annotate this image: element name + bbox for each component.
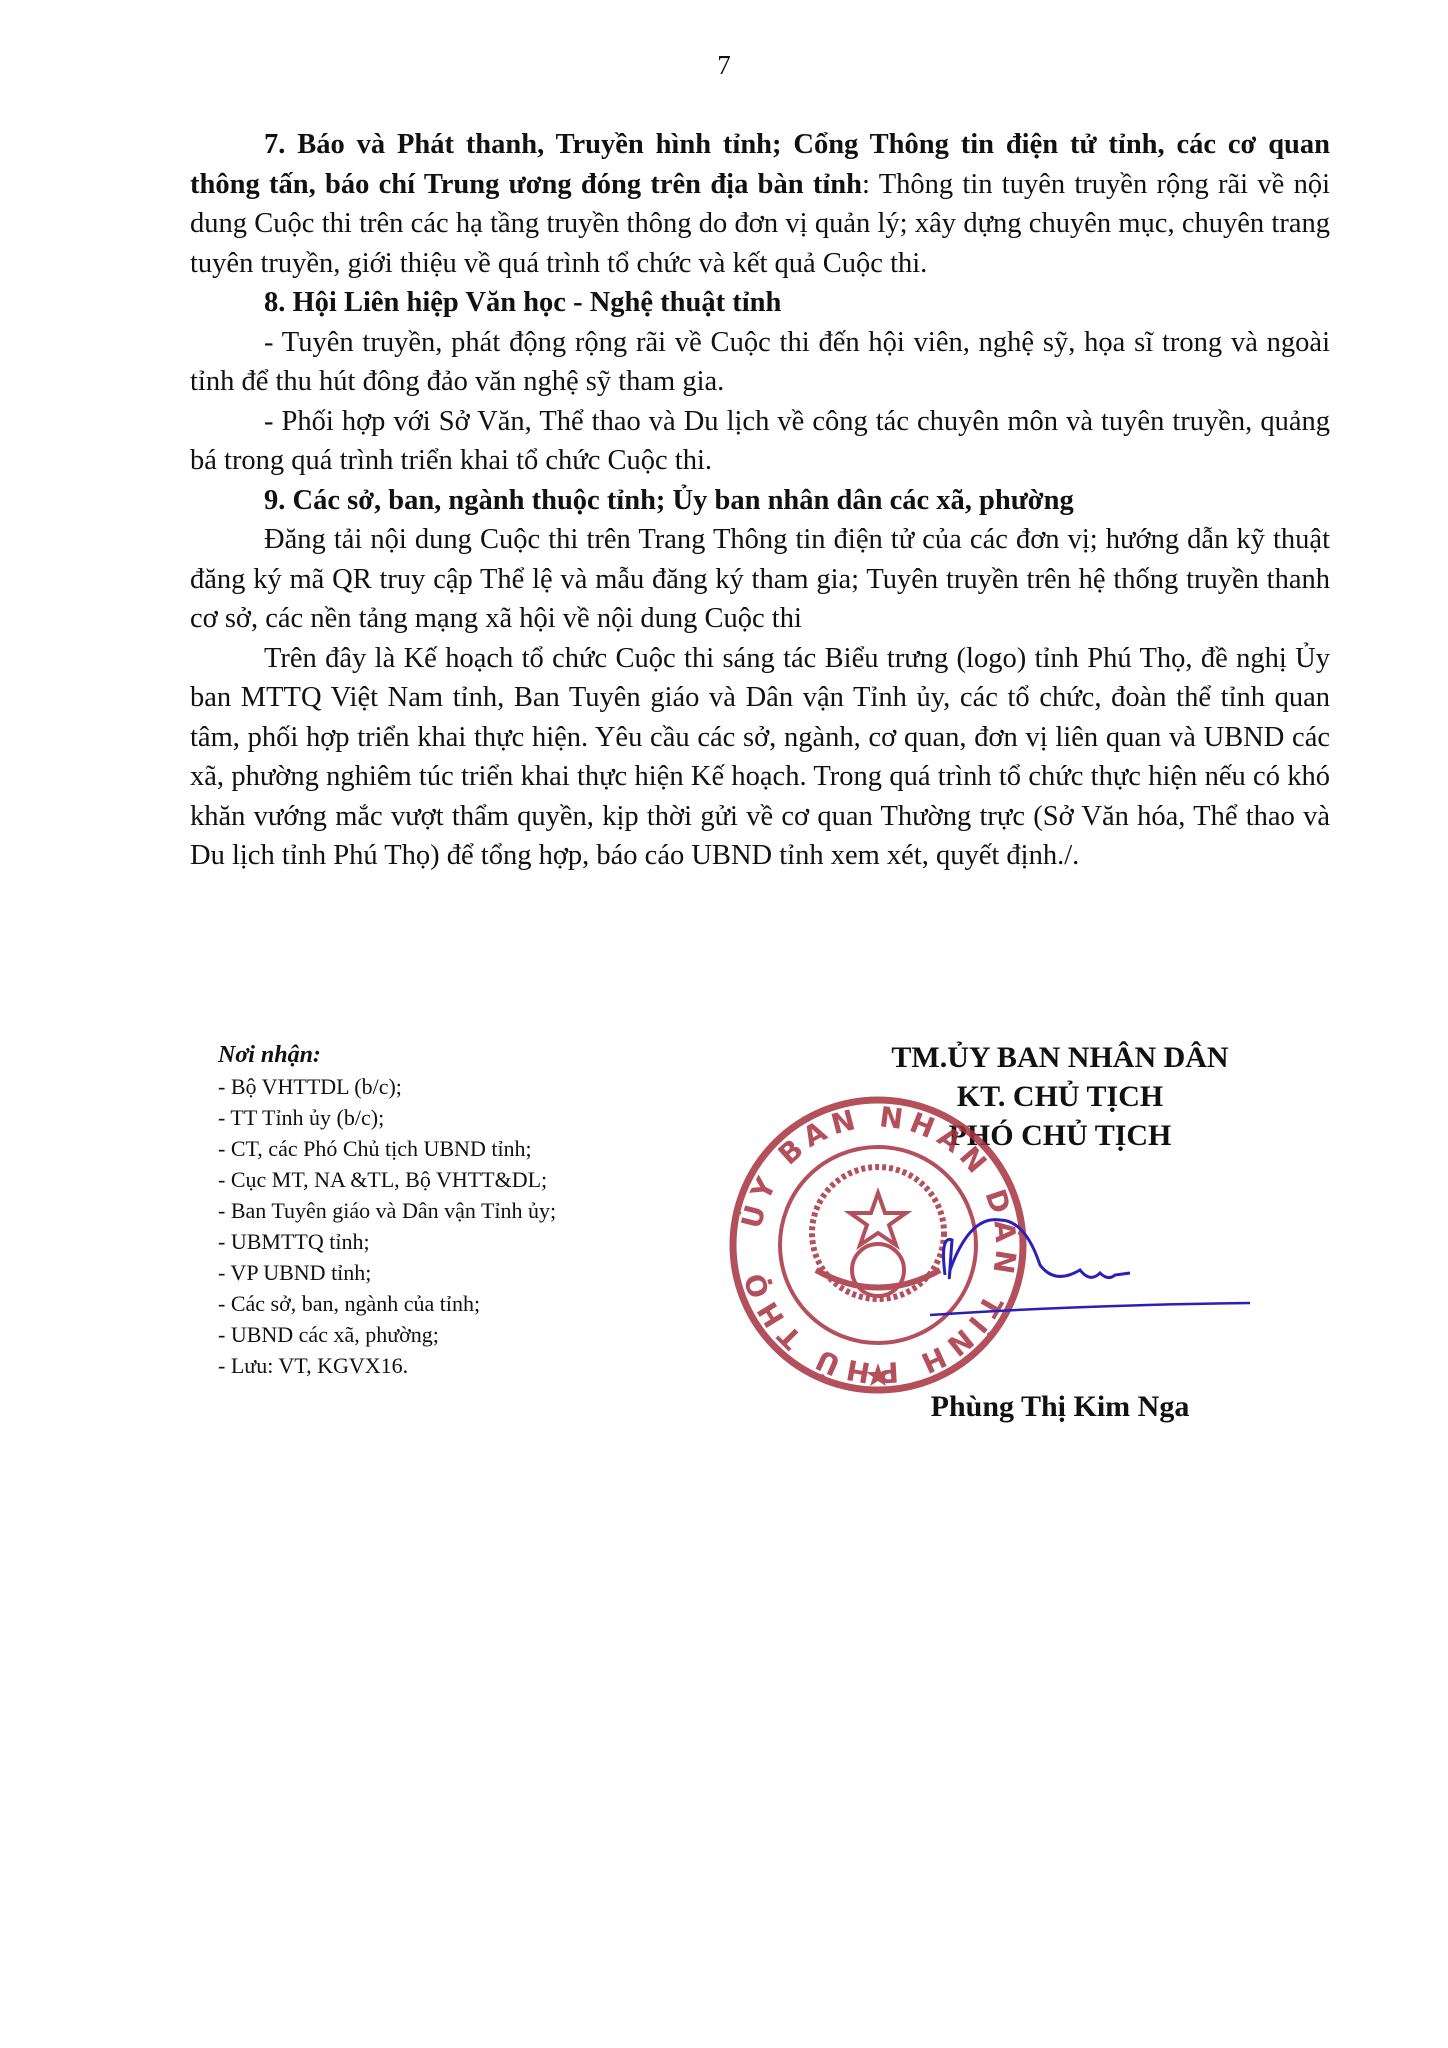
recipient-item: - Ban Tuyên giáo và Dân vận Tỉnh ủy; bbox=[218, 1195, 556, 1226]
paragraph-8a: - Tuyên truyền, phát động rộng rãi về Cu… bbox=[190, 323, 1330, 402]
signer-name: Phùng Thị Kim Nga bbox=[840, 1390, 1280, 1424]
recipient-item: - UBMTTQ tỉnh; bbox=[218, 1226, 556, 1257]
recipient-item: - Các sở, ban, ngành của tỉnh; bbox=[218, 1288, 556, 1319]
paragraph-7: 7. Báo và Phát thanh, Truyền hình tỉnh; … bbox=[190, 125, 1330, 283]
recipient-item: - Bộ VHTTDL (b/c); bbox=[218, 1071, 556, 1102]
heading-9: 9. Các sở, ban, ngành thuộc tỉnh; Ủy ban… bbox=[190, 481, 1330, 521]
recipient-item: - VP UBND tỉnh; bbox=[218, 1257, 556, 1288]
recipients-list: Nơi nhận: - Bộ VHTTDL (b/c); - TT Tỉnh ủ… bbox=[218, 1040, 556, 1381]
paragraph-8b: - Phối hợp với Sở Văn, Thể thao và Du lị… bbox=[190, 402, 1330, 481]
document-body: 7. Báo và Phát thanh, Truyền hình tỉnh; … bbox=[190, 125, 1330, 876]
recipient-item: - Cục MT, NA &TL, Bộ VHTT&DL; bbox=[218, 1164, 556, 1195]
recipient-item: - CT, các Phó Chủ tịch UBND tỉnh; bbox=[218, 1133, 556, 1164]
recipient-item: - TT Tỉnh ủy (b/c); bbox=[218, 1102, 556, 1133]
recipient-item: - UBND các xã, phường; bbox=[218, 1319, 556, 1350]
paragraph-9: Đăng tải nội dung Cuộc thi trên Trang Th… bbox=[190, 520, 1330, 639]
page-number: 7 bbox=[0, 50, 1448, 81]
recipient-item: - Lưu: VT, KGVX16. bbox=[218, 1350, 556, 1381]
handwritten-signature bbox=[930, 1215, 1250, 1325]
closing-paragraph: Trên đây là Kế hoạch tổ chức Cuộc thi sá… bbox=[190, 639, 1330, 876]
recipients-title: Nơi nhận: bbox=[218, 1040, 556, 1071]
heading-8: 8. Hội Liên hiệp Văn học - Nghệ thuật tỉ… bbox=[190, 283, 1330, 323]
